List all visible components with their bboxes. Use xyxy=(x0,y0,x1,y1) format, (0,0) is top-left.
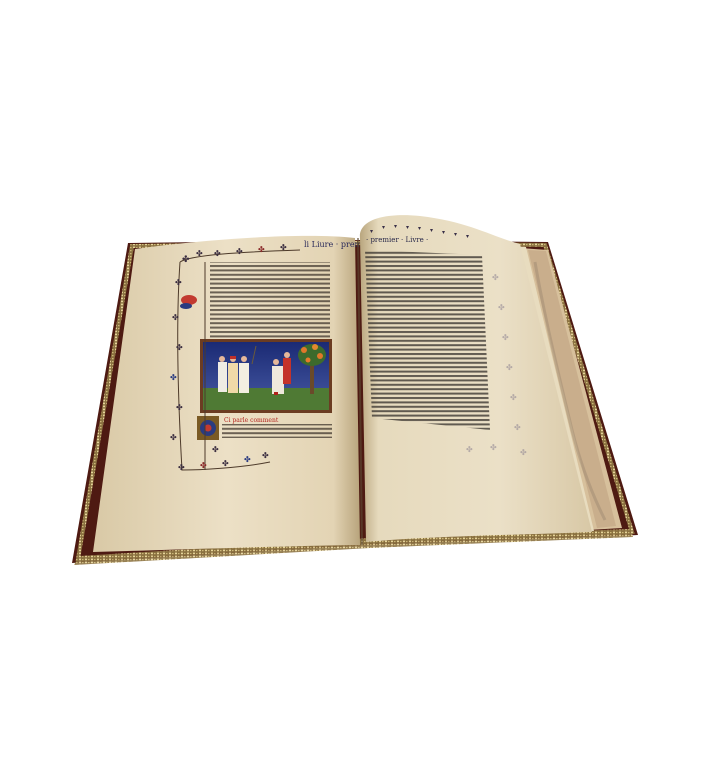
left-page: li Liure · premier xyxy=(93,236,373,552)
svg-text:▾: ▾ xyxy=(382,224,385,231)
left-text-block-bottom xyxy=(222,424,332,438)
svg-text:✤: ✤ xyxy=(196,249,203,258)
svg-text:✤: ✤ xyxy=(258,245,265,254)
svg-text:✤: ✤ xyxy=(490,443,497,452)
svg-text:✤: ✤ xyxy=(244,455,251,464)
svg-text:▾: ▾ xyxy=(430,227,433,234)
svg-text:▾: ▾ xyxy=(406,224,409,231)
svg-text:✤: ✤ xyxy=(182,255,190,265)
svg-text:▾: ▾ xyxy=(442,229,445,236)
svg-text:✤: ✤ xyxy=(175,278,182,287)
manuscript-photo: li Liure · premier xyxy=(0,0,710,780)
svg-text:✤: ✤ xyxy=(178,463,185,472)
svg-text:✤: ✤ xyxy=(262,451,269,460)
svg-text:✤: ✤ xyxy=(200,461,207,470)
svg-text:✤: ✤ xyxy=(502,333,509,342)
left-text-block-top xyxy=(210,262,330,342)
svg-text:✤: ✤ xyxy=(176,403,183,412)
right-text-block xyxy=(365,250,490,430)
svg-text:✤: ✤ xyxy=(222,459,229,468)
svg-text:▾: ▾ xyxy=(466,233,469,240)
svg-text:▾: ▾ xyxy=(370,228,373,235)
svg-text:✤: ✤ xyxy=(492,273,499,282)
svg-text:✤: ✤ xyxy=(520,448,527,457)
svg-text:✤: ✤ xyxy=(236,247,243,256)
svg-text:✤: ✤ xyxy=(170,433,177,442)
svg-text:▾: ▾ xyxy=(454,231,457,238)
svg-text:✤: ✤ xyxy=(514,423,521,432)
open-book-illustration: li Liure · premier xyxy=(0,0,710,780)
svg-text:✤: ✤ xyxy=(506,363,513,372)
svg-text:✤: ✤ xyxy=(172,313,179,322)
svg-text:✤: ✤ xyxy=(212,445,219,454)
svg-text:✤: ✤ xyxy=(170,373,177,382)
svg-text:▾: ▾ xyxy=(394,223,397,230)
svg-text:✤: ✤ xyxy=(510,393,517,402)
initial-detail xyxy=(205,425,212,432)
svg-text:✤: ✤ xyxy=(498,303,505,312)
illumination-miniature xyxy=(200,339,332,413)
svg-text:✤: ✤ xyxy=(466,445,473,454)
right-running-head: · premier · Livre · xyxy=(366,236,428,244)
svg-text:✤: ✤ xyxy=(280,243,287,252)
rubric-text: Ci parle comment xyxy=(224,417,279,424)
svg-text:✤: ✤ xyxy=(176,343,183,352)
svg-text:✤: ✤ xyxy=(214,249,221,258)
svg-text:▾: ▾ xyxy=(418,225,421,232)
